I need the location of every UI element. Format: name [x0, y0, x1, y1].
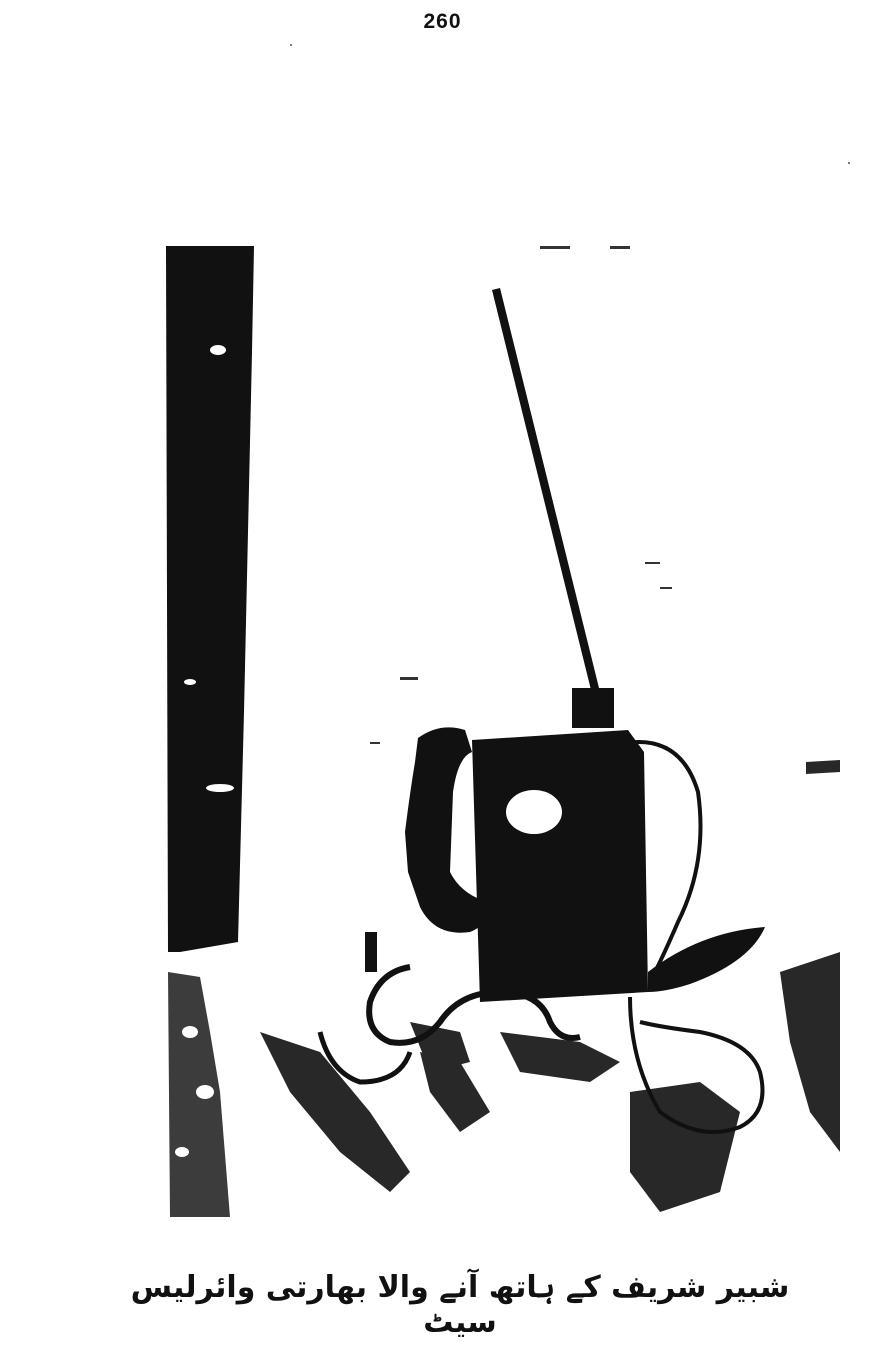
photo-illustration: [160, 232, 840, 1227]
figure-caption: شبیر شریف کے ہاتھ آنے والا بھارتی وائرلی…: [120, 1270, 800, 1340]
page-number: 260: [0, 10, 885, 34]
wireless-set-photo: [160, 232, 840, 1227]
scan-speck: [848, 162, 850, 164]
scan-speck: [290, 44, 292, 46]
